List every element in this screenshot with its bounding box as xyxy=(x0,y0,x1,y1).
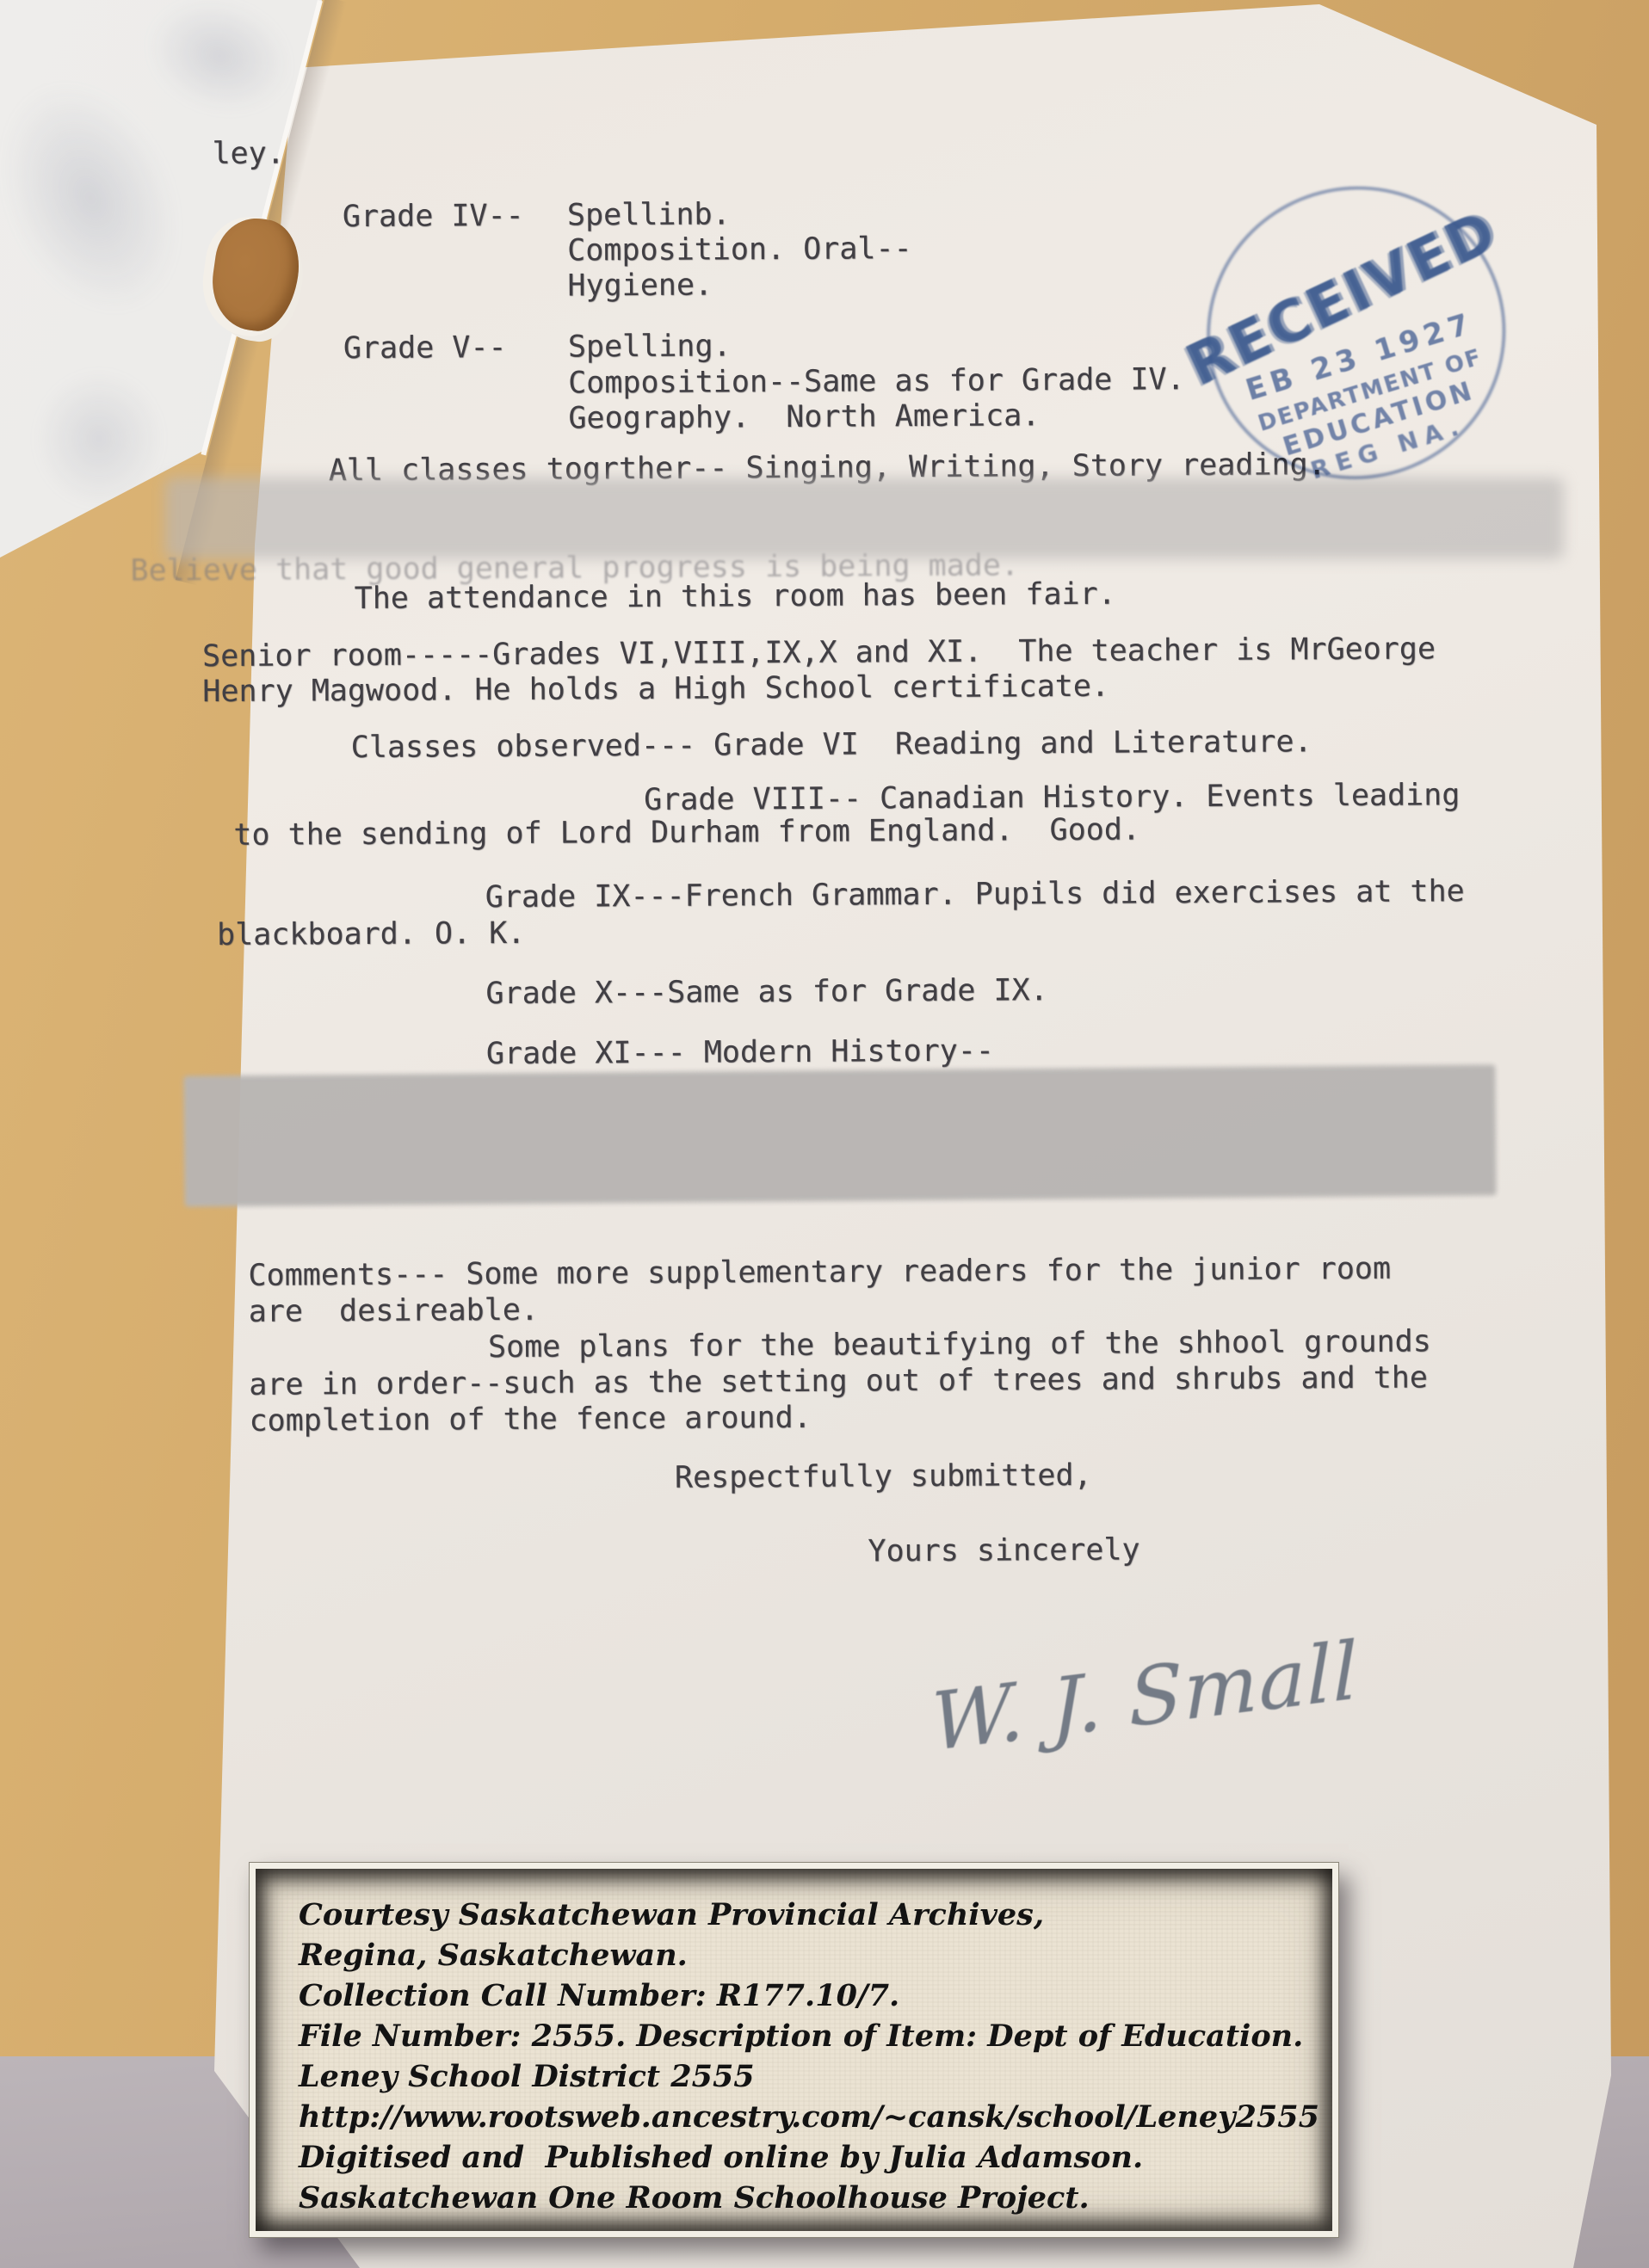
typed-line: Grade IX---French Grammar. Pupils did ex… xyxy=(485,874,1465,915)
redaction-gray-block xyxy=(183,1064,1496,1206)
typed-line: Senior room-----Grades VI,VIII,IX,X and … xyxy=(202,632,1436,674)
redaction-blur-band xyxy=(165,478,1564,559)
typed-line: to the sending of Lord Durham from Engla… xyxy=(233,812,1140,852)
typed-line: Geography. North America. xyxy=(568,398,1040,435)
caption-line: Digitised and Published online by Julia … xyxy=(299,2137,1301,2178)
typed-line: are in order--such as the setting out of… xyxy=(249,1360,1428,1402)
typed-line: Composition. Oral-- xyxy=(567,231,912,268)
caption-line: Regina, Saskatchewan. xyxy=(299,1935,1301,1975)
typed-line: Composition--Same as for Grade IV. xyxy=(568,362,1185,400)
typed-line: Hygiene. xyxy=(567,268,713,304)
caption-line: File Number: 2555. Description of Item: … xyxy=(299,2016,1301,2056)
typed-line-fragment: ley. xyxy=(212,137,285,172)
archival-caption-plaque: Courtesy Saskatchewan Provincial Archive… xyxy=(250,1863,1338,2237)
typed-line: Grade V-- xyxy=(343,330,507,366)
typed-line-closing: Yours sincerely xyxy=(868,1533,1139,1569)
typed-line: Some plans for the beautifying of the sh… xyxy=(488,1324,1431,1365)
typed-line: Classes observed--- Grade VI Reading and… xyxy=(351,724,1312,765)
caption-line: Saskatchewan One Room Schoolhouse Projec… xyxy=(299,2178,1301,2218)
caption-url: http://www.rootsweb.ancestry.com/~cansk/… xyxy=(299,2097,1301,2137)
typed-line: Henry Magwood. He holds a High School ce… xyxy=(202,669,1109,709)
typed-line: blackboard. O. K. xyxy=(217,916,525,952)
typed-line: The attendance in this room has been fai… xyxy=(355,577,1116,616)
archival-photo-scene: ley. Grade IV-- Spellinb. Composition. O… xyxy=(0,0,1649,2268)
caption-line: Leney School District 2555 xyxy=(299,2056,1301,2097)
typed-line: Grade IV-- xyxy=(343,199,524,234)
caption-line: Collection Call Number: R177.10/7. xyxy=(299,1975,1301,2016)
typed-line: are desireable. xyxy=(249,1293,539,1329)
typed-line: Spellinb. xyxy=(567,197,731,232)
typed-line-closing: Respectfully submitted, xyxy=(675,1458,1092,1495)
typed-line: completion of the fence around. xyxy=(249,1401,811,1439)
typed-line: Grade VIII-- Canadian History. Events le… xyxy=(644,778,1460,817)
typed-line: Grade XI--- Modern History-- xyxy=(486,1034,994,1072)
typed-line: Comments--- Some more supplementary read… xyxy=(248,1252,1391,1293)
caption-line: Courtesy Saskatchewan Provincial Archive… xyxy=(299,1895,1301,1935)
typed-line: Grade X---Same as for Grade IX. xyxy=(485,973,1047,1011)
typed-line: Spelling. xyxy=(568,329,732,364)
